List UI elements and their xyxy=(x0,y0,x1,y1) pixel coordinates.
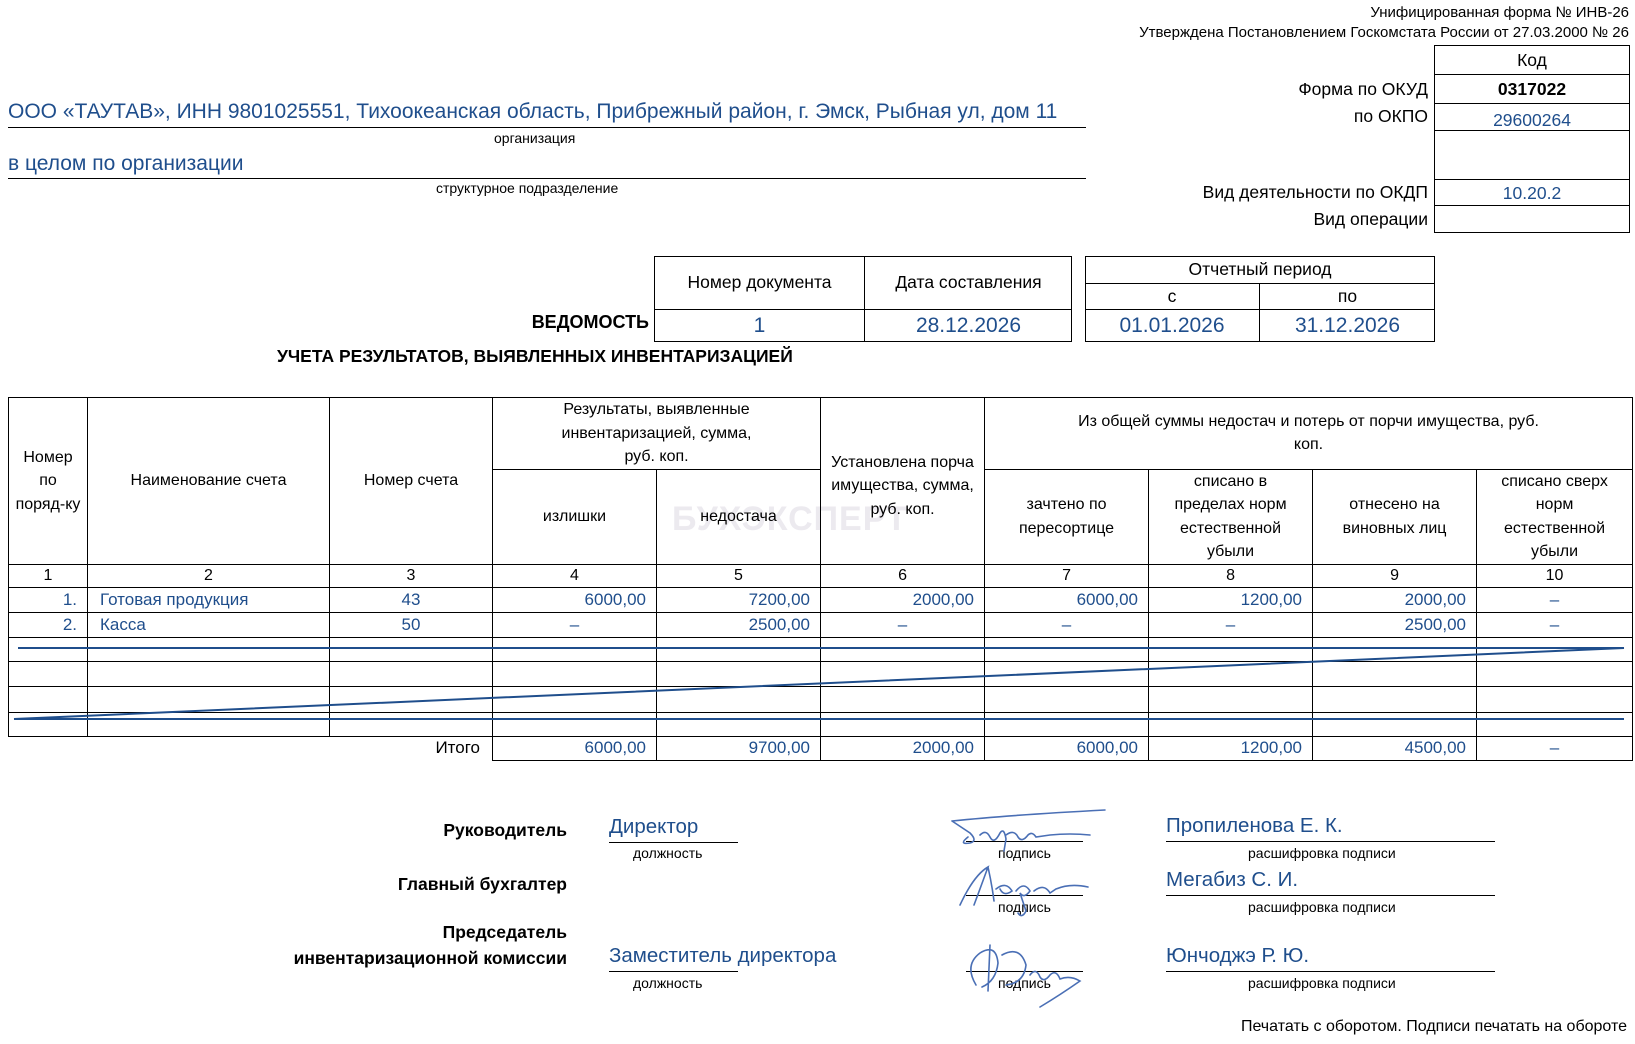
name-caption: расшифровка подписи xyxy=(1248,975,1396,991)
name-chief-accountant: Мегабиз С. И. xyxy=(1166,868,1495,896)
role-chairman: инвентаризационной комиссии xyxy=(294,948,567,969)
name-director: Пропиленова Е. К. xyxy=(1166,814,1495,842)
handwritten-signatures xyxy=(940,805,1120,1015)
role-director: Руководитель xyxy=(443,820,567,841)
name-chairman: Юнчоджэ Р. Ю. xyxy=(1166,944,1495,972)
role-chief-accountant: Главный бухгалтер xyxy=(398,874,567,895)
position-caption: должность xyxy=(633,845,702,861)
position-chairman: Заместитель директора xyxy=(609,944,836,968)
position-caption: должность xyxy=(633,975,702,991)
role-chairman-line1: Председатель xyxy=(443,922,567,943)
footer-note: Печатать с оборотом. Подписи печатать на… xyxy=(1241,1018,1627,1036)
name-caption: расшифровка подписи xyxy=(1248,899,1396,915)
name-caption: расшифровка подписи xyxy=(1248,845,1396,861)
position-director: Директор xyxy=(609,815,738,843)
